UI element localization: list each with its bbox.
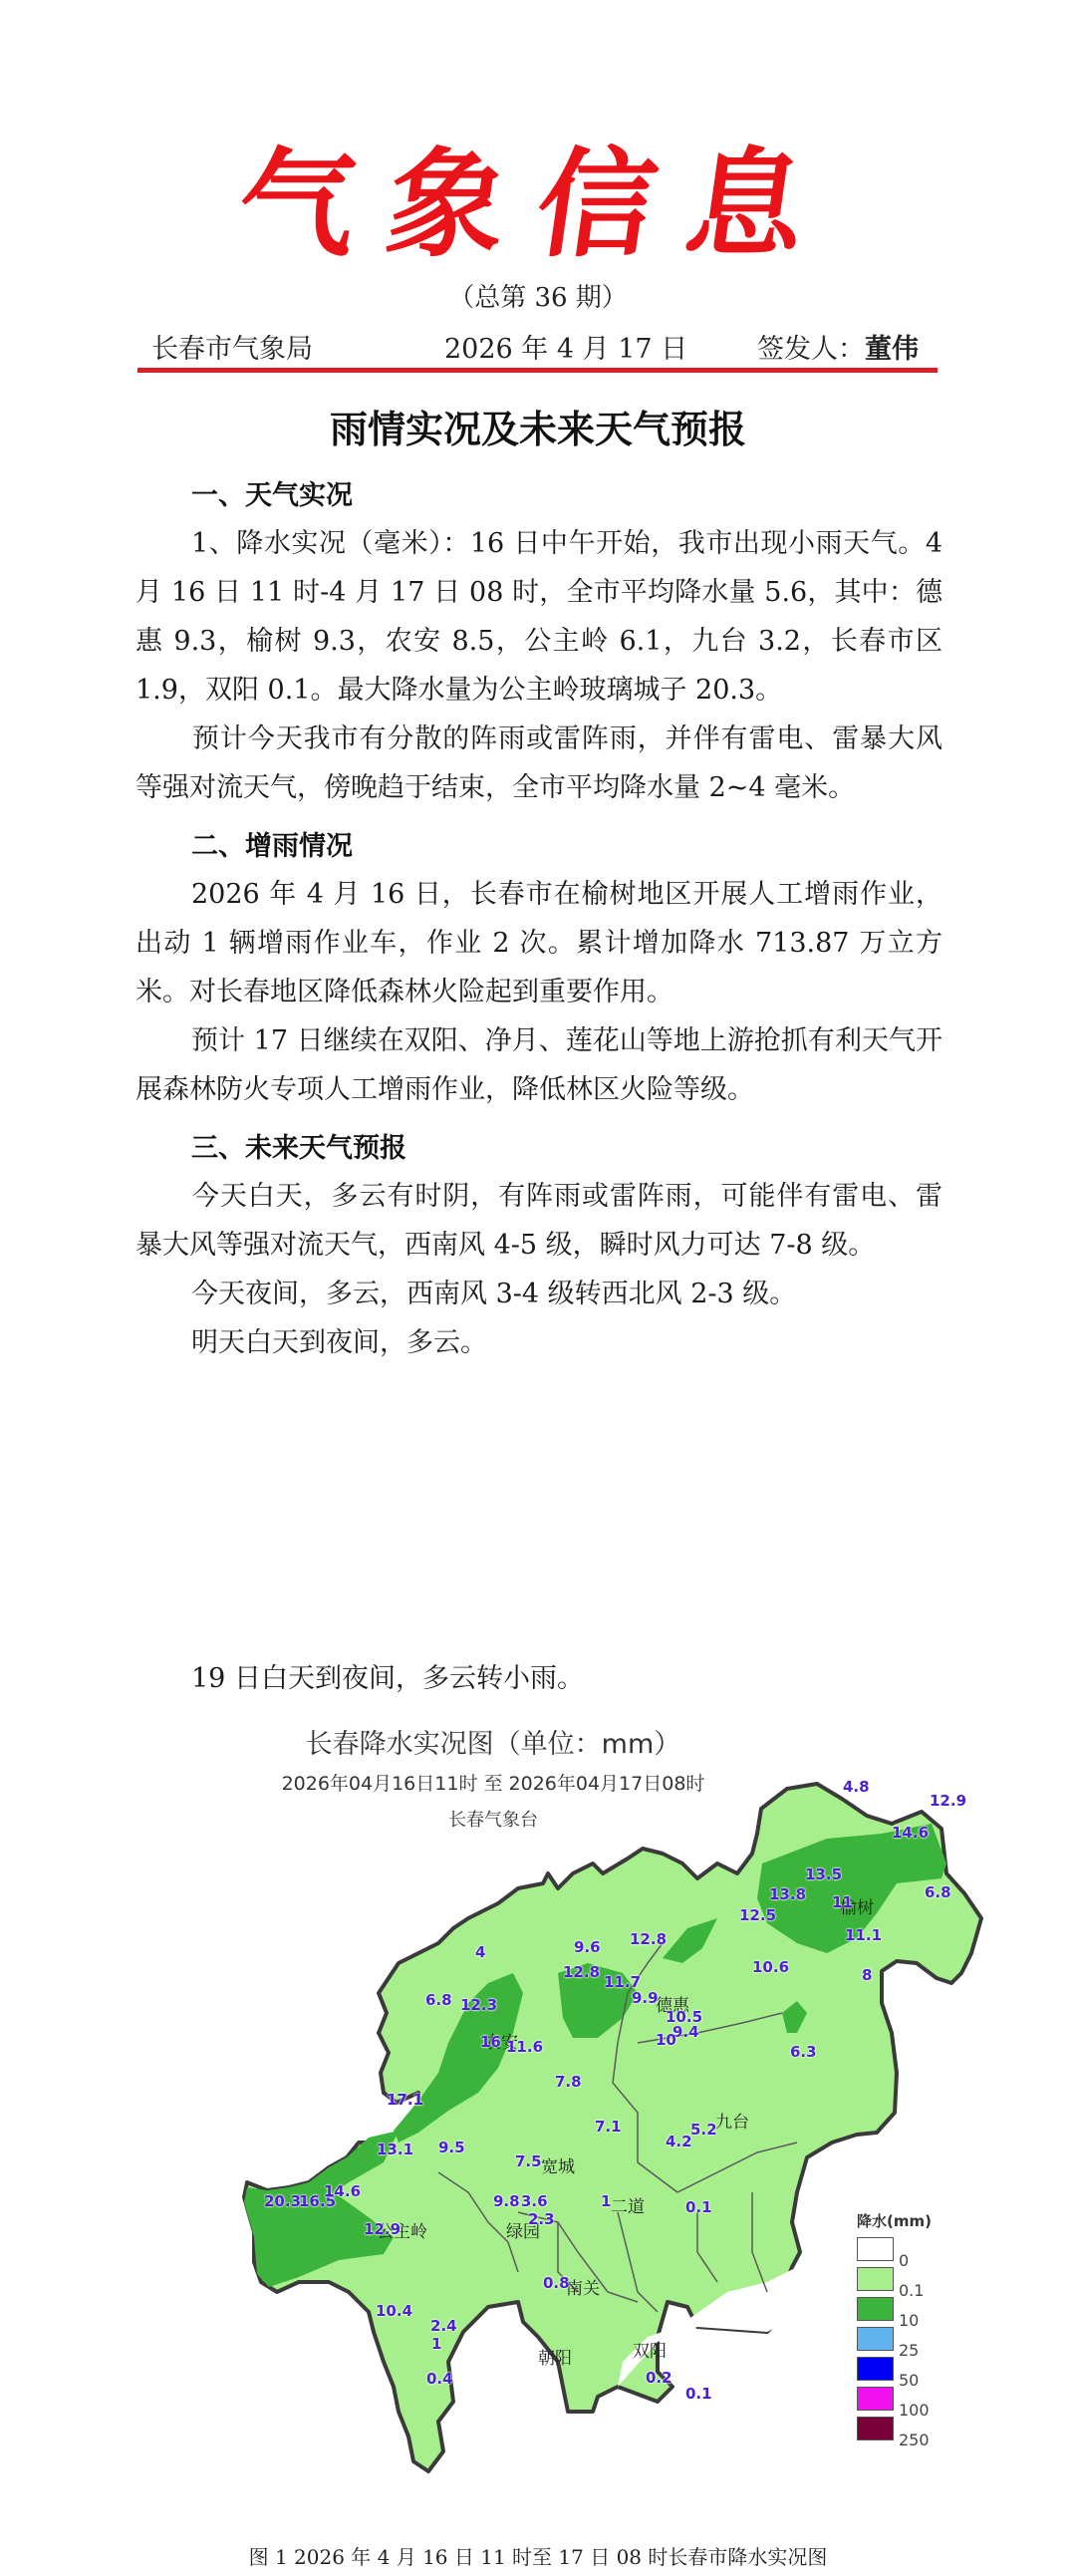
station-value: 11.1 (845, 1926, 882, 1944)
legend-label: 250 (899, 2431, 930, 2449)
map-legend: 降水(mm) 0 0.1 10 25 50 100 250 (857, 2210, 932, 2446)
place-shuangyang: 双阳 (633, 2337, 667, 2362)
legend-item: 100 (857, 2387, 932, 2417)
station-value: 5.2 (690, 2121, 717, 2139)
station-value: 16 (480, 2033, 501, 2051)
station-value: 9.8 (493, 2192, 520, 2210)
map-period: 2026年04月16日11时 至 2026年04月17日08时 (0, 1769, 1076, 1796)
paragraph-text: 19 日白天到夜间，多云转小雨。 (191, 1663, 584, 1694)
station-value: 0.1 (685, 2385, 712, 2403)
signer-label: 签发人： (757, 334, 865, 365)
paragraph-today-day: 今天白天，多云有时阴，有阵雨或雷阵雨，可能伴有雷电、雷暴大风等强对流天气，西南风… (135, 1172, 942, 1270)
station-value: 1 (431, 2335, 441, 2353)
header-rule (137, 368, 938, 373)
station-value: 7.1 (595, 2118, 622, 2136)
station-value: 8 (862, 1966, 872, 1984)
paragraph-text: 明天白天到夜间，多云。 (191, 1327, 487, 1358)
legend-item: 50 (857, 2357, 932, 2387)
paragraph-text: 预计今天我市有分散的阵雨或雷阵雨，并伴有雷电、雷暴大风等强对流天气，傍晚趋于结束… (135, 723, 942, 803)
section-heading-3: 三、未来天气预报 (191, 1126, 406, 1165)
station-value: 12.9 (930, 1792, 966, 1810)
place-erdao: 二道 (611, 2192, 645, 2217)
paragraph-text: 预计 17 日继续在双阳、净月、莲花山等地上游抢抓有利天气开展森林防火专项人工增… (135, 1025, 942, 1105)
legend-item: 250 (857, 2417, 932, 2446)
paragraph-19th: 19 日白天到夜间，多云转小雨。 (135, 1654, 942, 1703)
legend-swatch (857, 2237, 894, 2261)
legend-swatch (857, 2297, 894, 2321)
station-value: 6.8 (425, 1991, 452, 2009)
map-title: 长春降水实况图（单位：mm） (0, 1722, 1076, 1761)
agency-name: 长春市气象局 (151, 327, 313, 366)
paragraph-text: 今天白天，多云有时阴，有阵雨或雷阵雨，可能伴有雷电、雷暴大风等强对流天气，西南风… (135, 1181, 942, 1261)
legend-title: 降水(mm) (857, 2210, 932, 2231)
station-value: 10.4 (376, 2302, 412, 2320)
legend-swatch (857, 2267, 894, 2291)
paragraph-text: 1、降水实况（毫米）：16 日中午开始，我市出现小雨天气。4 月 16 日 11… (135, 528, 942, 706)
station-value: 10 (656, 2031, 676, 2049)
place-chaoyang: 朝阳 (538, 2344, 572, 2369)
station-value: 14.6 (324, 2182, 361, 2200)
place-kuancheng: 宽城 (541, 2152, 575, 2177)
station-value: 12.8 (563, 1963, 600, 1981)
place-nanguan: 南关 (566, 2274, 600, 2299)
legend-item: 10 (857, 2297, 932, 2327)
heavy-rain-area-nongan (394, 1973, 523, 2143)
station-value: 12.5 (739, 1906, 776, 1924)
paragraph-today-night: 今天夜间，多云，西南风 3-4 级转西北风 2-3 级。 (135, 1270, 942, 1318)
place-jiutai: 九台 (715, 2108, 749, 2133)
station-value: 10.6 (752, 1958, 789, 1976)
station-value: 9.6 (574, 1938, 601, 1956)
paragraph-rain-enhancement: 2026 年 4 月 16 日，长春市在榆树地区开展人工增雨作业，出动 1 辆增… (135, 870, 942, 1016)
station-value: 20.3 (264, 2192, 301, 2210)
station-value: 17.1 (387, 2091, 423, 2109)
station-value: 0.8 (543, 2274, 570, 2292)
station-value: 9.9 (632, 1989, 659, 2007)
station-value: 11 (832, 1893, 853, 1911)
station-value: 13.1 (377, 2141, 413, 2158)
issue-number: （总第 36 期） (0, 277, 1076, 314)
station-value: 12.8 (630, 1930, 667, 1948)
paragraph-rain-plan: 预计 17 日继续在双阳、净月、莲花山等地上游抢抓有利天气开展森林防火专项人工增… (135, 1016, 942, 1114)
station-value: 4.2 (666, 2133, 692, 2150)
station-value: 7.5 (515, 2152, 542, 2170)
legend-swatch (857, 2327, 894, 2351)
station-value: 9.5 (438, 2139, 465, 2156)
station-value: 0.1 (685, 2198, 712, 2216)
station-value: 13.5 (805, 1865, 842, 1883)
station-value: 0.2 (646, 2369, 672, 2387)
heavy-rain-area-north (663, 1918, 717, 1963)
station-value: 3.6 (521, 2192, 548, 2210)
issue-date: 2026 年 4 月 17 日 (444, 327, 687, 366)
legend-item: 25 (857, 2327, 932, 2357)
station-value: 12.9 (364, 2220, 401, 2238)
paragraph-tomorrow: 明天白天到夜间，多云。 (135, 1318, 942, 1367)
station-value: 1 (601, 2192, 611, 2210)
station-value: 4.8 (843, 1778, 870, 1796)
station-value: 2.3 (528, 2210, 555, 2228)
station-value: 12.3 (460, 1996, 497, 2014)
figure-caption: 图 1 2026 年 4 月 16 日 11 时至 17 日 08 时长春市降水… (0, 2541, 1076, 2570)
station-value: 6.3 (790, 2043, 817, 2061)
station-value: 6.8 (925, 1883, 951, 1901)
paragraph-text: 今天夜间，多云，西南风 3-4 级转西北风 2-3 级。 (191, 1279, 796, 1309)
section-heading-1: 一、天气实况 (191, 473, 353, 512)
paragraph-precip: 1、降水实况（毫米）：16 日中午开始，我市出现小雨天气。4 月 16 日 11… (135, 519, 942, 715)
document-title: 雨情实况及未来天气预报 (0, 399, 1076, 453)
masthead-title: 气象信息 (0, 140, 1076, 269)
legend-swatch (857, 2417, 894, 2440)
signer: 签发人：董伟 (757, 327, 919, 366)
station-value: 7.8 (555, 2073, 582, 2091)
station-value: 4 (475, 1943, 485, 1961)
legend-swatch (857, 2357, 894, 2381)
station-value: 2.4 (430, 2317, 457, 2335)
station-value: 13.8 (769, 1885, 806, 1903)
signer-name: 董伟 (865, 334, 919, 365)
legend-item: 0.1 (857, 2267, 932, 2297)
legend-swatch (857, 2387, 894, 2411)
section-heading-2: 二、增雨情况 (191, 824, 353, 863)
paragraph-forecast-today: 预计今天我市有分散的阵雨或雷阵雨，并伴有雷电、雷暴大风等强对流天气，傍晚趋于结束… (135, 715, 942, 812)
station-value: 0.4 (426, 2370, 453, 2388)
paragraph-text: 2026 年 4 月 16 日，长春市在榆树地区开展人工增雨作业，出动 1 辆增… (135, 879, 942, 1007)
station-value: 11.6 (506, 2038, 543, 2056)
station-value: 14.6 (892, 1824, 929, 1842)
legend-item: 0 (857, 2237, 932, 2267)
heavy-rain-area-east (782, 2001, 807, 2033)
